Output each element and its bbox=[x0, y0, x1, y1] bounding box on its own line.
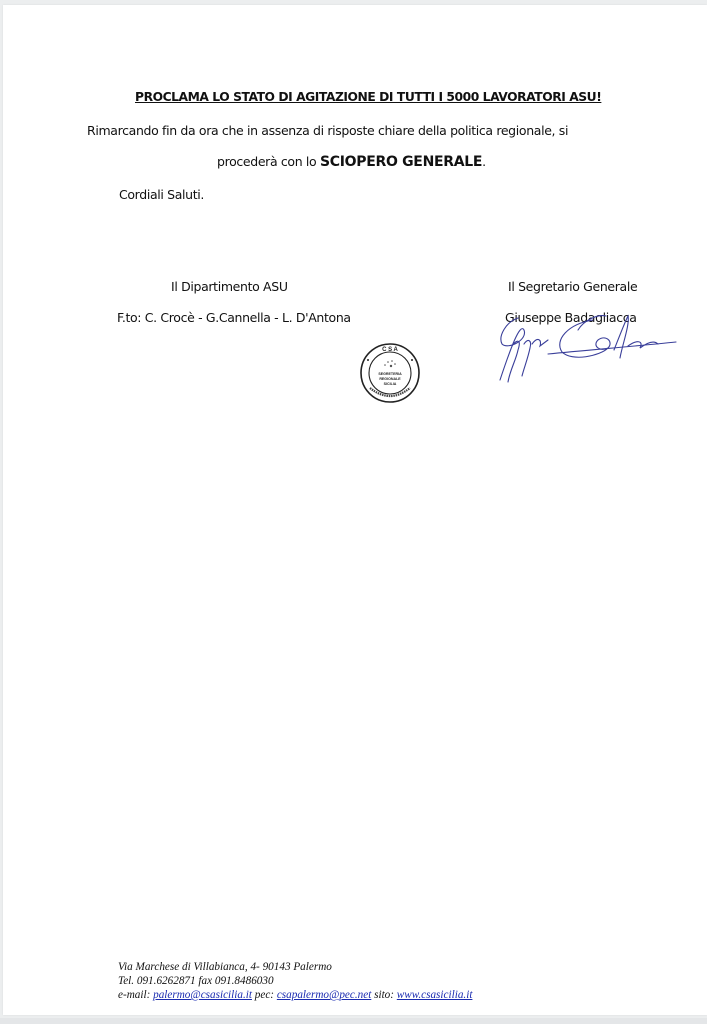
email-link[interactable]: palermo@csasicilia.it bbox=[153, 989, 252, 1001]
stamp-line-1: SEGRETERIA bbox=[378, 372, 402, 376]
document-page: PROCLAMA LO STATO DI AGITAZIONE DI TUTTI… bbox=[3, 5, 707, 1015]
stamp-line-2: REGIONALE bbox=[379, 377, 401, 381]
site-label: sito: bbox=[371, 989, 396, 1001]
body-line-2: procederà con lo SCIOPERO GENERALE. bbox=[217, 154, 486, 170]
footer-contact: Via Marchese di Villabianca, 4- 90143 Pa… bbox=[118, 960, 472, 1002]
greeting: Cordiali Saluti. bbox=[119, 187, 204, 202]
pec-link[interactable]: csapalermo@pec.net bbox=[277, 989, 371, 1001]
email-label: e-mail: bbox=[118, 989, 153, 1001]
strike-announcement: SCIOPERO GENERALE bbox=[320, 154, 482, 170]
organization-stamp-icon: C S A SEGRETERIA REGIONALE SICILIA bbox=[358, 342, 422, 404]
handwritten-signature-icon bbox=[488, 310, 683, 385]
body-line-2-suffix: . bbox=[482, 154, 486, 169]
department-signatories: F.to: C. Crocè - G.Cannella - L. D'Anton… bbox=[117, 310, 351, 325]
site-link[interactable]: www.csasicilia.it bbox=[397, 989, 473, 1001]
department-title: Il Dipartimento ASU bbox=[171, 279, 288, 294]
headline: PROCLAMA LO STATO DI AGITAZIONE DI TUTTI… bbox=[135, 90, 601, 104]
body-line-1: Rimarcando fin da ora che in assenza di … bbox=[87, 123, 568, 138]
stamp-top-text: C S A bbox=[382, 347, 398, 353]
footer-address: Via Marchese di Villabianca, 4- 90143 Pa… bbox=[118, 960, 472, 974]
footer-links: e-mail: palermo@csasicilia.it pec: csapa… bbox=[118, 988, 472, 1002]
pec-label: pec: bbox=[252, 989, 277, 1001]
stamp-line-3: SICILIA bbox=[384, 382, 397, 386]
body-line-2-prefix: procederà con lo bbox=[217, 154, 320, 169]
viewer-bottom-edge bbox=[0, 1018, 707, 1024]
secretary-title: Il Segretario Generale bbox=[508, 279, 637, 294]
footer-phone: Tel. 091.6262871 fax 091.8486030 bbox=[118, 974, 472, 988]
